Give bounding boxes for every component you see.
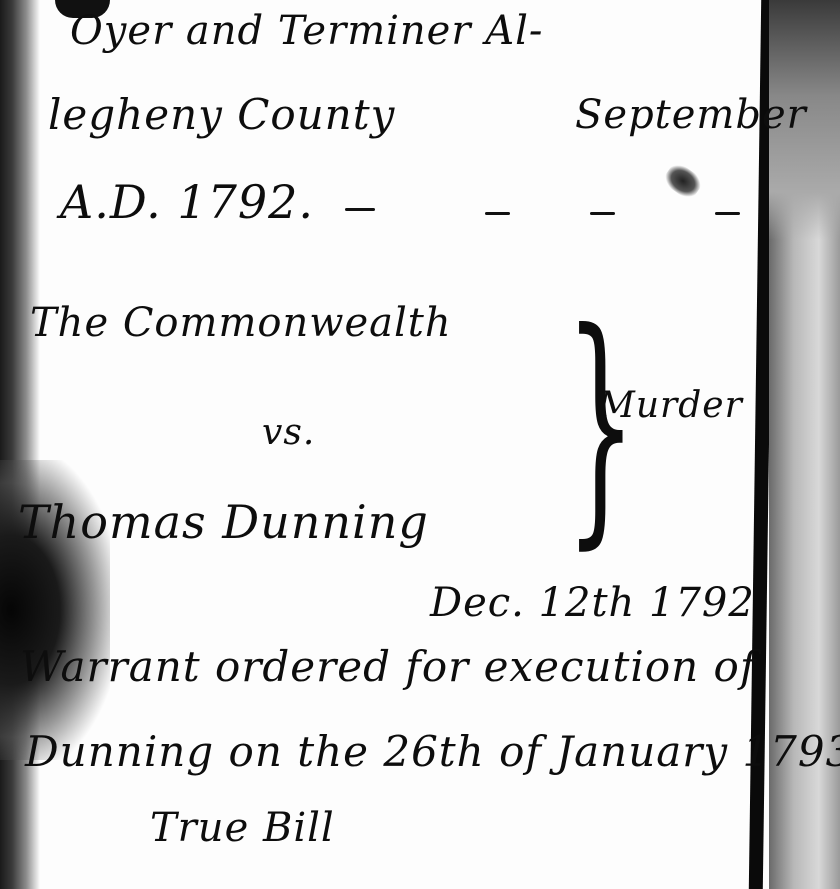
- term-month: September: [575, 92, 807, 138]
- versus-text: vs.: [262, 412, 315, 453]
- county-line: legheny County: [48, 90, 395, 139]
- flourish-mark: [590, 212, 615, 215]
- plaintiff-name: The Commonwealth: [30, 300, 452, 346]
- flourish-mark: [715, 212, 740, 215]
- ink-smudge: [661, 160, 705, 202]
- warrant-line-2: Dunning on the 26th of January 1793: [25, 727, 840, 776]
- flourish-mark: [485, 212, 510, 215]
- warrant-line-1: Warrant ordered for execution of: [20, 642, 756, 691]
- term-year: A.D. 1792.: [60, 175, 314, 229]
- endorsement-date: Dec. 12th 1792: [430, 580, 755, 626]
- flourish-mark: [345, 208, 375, 211]
- verdict-text: True Bill: [150, 805, 335, 851]
- scanned-document-page: Oyer and Terminer Al- legheny County Sep…: [0, 0, 840, 889]
- court-line: Oyer and Terminer Al-: [70, 8, 543, 54]
- charge-text: Murder: [598, 385, 743, 426]
- defendant-name: Thomas Dunning: [18, 495, 429, 549]
